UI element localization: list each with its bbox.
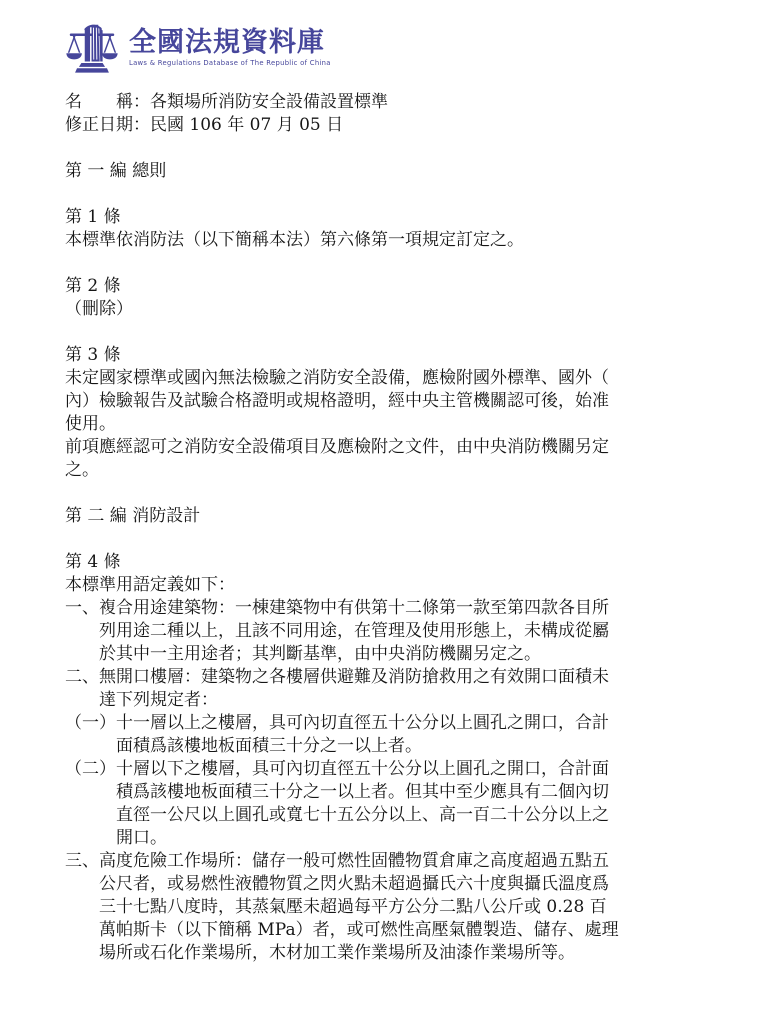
site-logo-text: 全國法規資料庫 Laws & Regulations Database of T…: [129, 28, 331, 67]
document-line: [65, 183, 715, 206]
document-line: 積爲該樓地板面積三十分之一以上者。但其中至少應具有二個內切: [65, 781, 715, 804]
document-line: [65, 137, 715, 160]
document-line: 內）檢驗報告及試驗合格證明或規格證明，經中央主管機關認可後，始准: [65, 390, 715, 413]
document-line: 本標準依消防法（以下簡稱本法）第六條第一項規定訂定之。: [65, 229, 715, 252]
document-line: （刪除）: [65, 298, 715, 321]
document-line: 第 3 條: [65, 344, 715, 367]
document-line: 達下列規定者：: [65, 689, 715, 712]
document-line: [65, 528, 715, 551]
scales-books-logo-icon: [63, 18, 121, 76]
document-line: 二、無開口樓層：建築物之各樓層供避難及消防搶救用之有效開口面積未: [65, 666, 715, 689]
document-line: （二）十層以下之樓層，具可內切直徑五十公分以上圓孔之開口，合計面: [65, 758, 715, 781]
document-line: 第 4 條: [65, 551, 715, 574]
document-line: 直徑一公尺以上圓孔或寬七十五公分以上、高一百二十公分以上之: [65, 804, 715, 827]
document-line: 面積爲該樓地板面積三十分之一以上者。: [65, 735, 715, 758]
document-line: 修正日期：民國 106 年 07 月 05 日: [65, 114, 715, 137]
site-logo-subtitle: Laws & Regulations Database of The Repub…: [129, 59, 331, 67]
document-line: 一、複合用途建築物：一棟建築物中有供第十二條第一款至第四款各目所: [65, 597, 715, 620]
document-line: 第 二 編 消防設計: [65, 505, 715, 528]
document-line: 名 稱：各類場所消防安全設備設置標準: [65, 91, 715, 114]
site-logo-title: 全國法規資料庫: [129, 28, 331, 58]
document-line: 使用。: [65, 413, 715, 436]
document-line: 本標準用語定義如下：: [65, 574, 715, 597]
site-header: 全國法規資料庫 Laws & Regulations Database of T…: [63, 18, 331, 76]
document-line: 場所或石化作業場所，木材加工業作業場所及油漆作業場所等。: [65, 942, 715, 965]
document-line: 列用途二種以上，且該不同用途，在管理及使用形態上，未構成從屬: [65, 620, 715, 643]
document-line: 第 2 條: [65, 275, 715, 298]
document-line: 未定國家標準或國內無法檢驗之消防安全設備，應檢附國外標準、國外（: [65, 367, 715, 390]
document-line: （一）十一層以上之樓層，具可內切直徑五十公分以上圓孔之開口，合計: [65, 712, 715, 735]
document-line: 於其中一主用途者；其判斷基準，由中央消防機關另定之。: [65, 643, 715, 666]
document-line: 第 一 編 總則: [65, 160, 715, 183]
law-document-body: 名 稱：各類場所消防安全設備設置標準修正日期：民國 106 年 07 月 05 …: [65, 91, 715, 965]
law-document-page: 全國法規資料庫 Laws & Regulations Database of T…: [0, 0, 768, 1024]
document-line: [65, 482, 715, 505]
document-line: 第 1 條: [65, 206, 715, 229]
document-line: 前項應經認可之消防安全設備項目及應檢附之文件，由中央消防機關另定: [65, 436, 715, 459]
document-line: 之。: [65, 459, 715, 482]
document-line: [65, 252, 715, 275]
document-line: 萬帕斯卡（以下簡稱 MPa）者，或可燃性高壓氣體製造、儲存、處理: [65, 919, 715, 942]
document-line: 三十七點八度時，其蒸氣壓未超過每平方公分二點八公斤或 0.28 百: [65, 896, 715, 919]
document-line: 公尺者，或易燃性液體物質之閃火點未超過攝氏六十度與攝氏溫度爲: [65, 873, 715, 896]
document-line: 三、高度危險工作場所：儲存一般可燃性固體物質倉庫之高度超過五點五: [65, 850, 715, 873]
document-line: 開口。: [65, 827, 715, 850]
document-line: [65, 321, 715, 344]
